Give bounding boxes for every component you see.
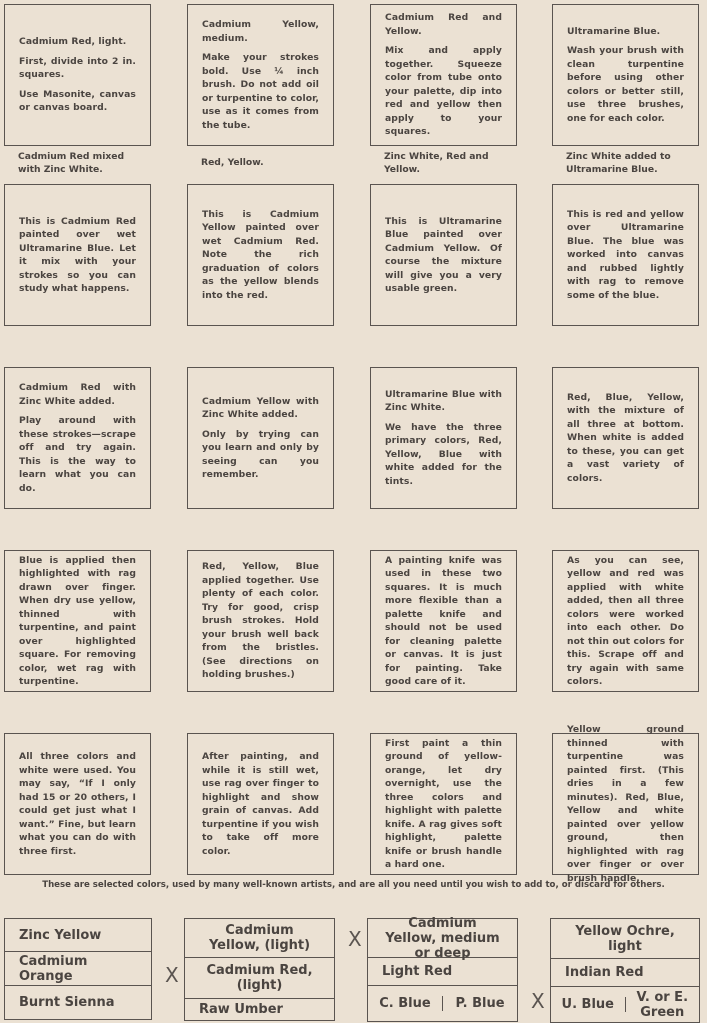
box-paragraph: This is Cadmium Red painted over wet Ult… (19, 215, 136, 296)
palette-color: Burnt Sienna (5, 986, 151, 1019)
box-paragraph: Mix and apply together. Squeeze color fr… (385, 44, 502, 139)
palette-color: Cadmium Yellow, medium or deep (368, 919, 517, 958)
instruction-box: Cadmium Red, light.First, divide into 2 … (4, 4, 151, 146)
box-paragraph: We have the three primary colors, Red, Y… (385, 421, 502, 489)
instruction-box: This is Ultramarine Blue painted over Ca… (370, 184, 517, 326)
instruction-box: Yellow ground thinned with turpentine wa… (552, 733, 699, 875)
palette-color: C. Blue (368, 996, 443, 1011)
instruction-box: This is red and yellow over Ultramarine … (552, 184, 699, 326)
palette-color: U. Blue (551, 997, 626, 1012)
instruction-text: Cadmium Yellow with Zinc White added.Onl… (202, 395, 319, 482)
instruction-box: Cadmium Red with Zinc White added.Play a… (4, 367, 151, 509)
instruction-text: First paint a thin ground of yellow-oran… (385, 737, 502, 872)
box-paragraph: First, divide into 2 in. squares. (19, 55, 136, 82)
instruction-text: This is red and yellow over Ultramarine … (567, 208, 684, 303)
instruction-box: Cadmium Yellow with Zinc White added.Onl… (187, 367, 334, 509)
instruction-box: After painting, and while it is still we… (187, 733, 334, 875)
instruction-box: Red, Blue, Yellow, with the mixture of a… (552, 367, 699, 509)
box-paragraph: After painting, and while it is still we… (202, 750, 319, 858)
box-paragraph: As you can see, yellow and red was appli… (567, 554, 684, 689)
box-paragraph: A painting knife was used in these two s… (385, 554, 502, 689)
x-mark-icon: X (165, 963, 179, 987)
box-paragraph: This is Cadmium Yellow painted over wet … (202, 208, 319, 303)
palette-split-row: C. BlueP. Blue (368, 986, 517, 1021)
palette-color: Raw Umber (185, 999, 334, 1020)
box-caption: Cadmium Red mixed with Zinc White. (4, 150, 148, 176)
instruction-box: A painting knife was used in these two s… (370, 550, 517, 692)
instruction-box: Red, Yellow, Blue applied together. Use … (187, 550, 334, 692)
box-caption: Red, Yellow. (187, 156, 331, 169)
instruction-box: Cadmium Red and Yellow.Mix and apply tog… (370, 4, 517, 146)
instruction-text: Cadmium Red, light.First, divide into 2 … (19, 35, 136, 115)
instruction-box: Ultramarine Blue.Wash your brush with cl… (552, 4, 699, 146)
palette-color: Light Red (368, 958, 517, 986)
box-paragraph: Only by trying can you learn and only by… (202, 428, 319, 482)
box-paragraph: This is red and yellow over Ultramarine … (567, 208, 684, 303)
palette-color: Yellow Ochre, light (551, 919, 699, 959)
box-caption: Zinc White added to Ultramarine Blue. (552, 150, 696, 176)
box-heading: Ultramarine Blue. (567, 25, 684, 39)
palette-table: Cadmium Yellow, medium or deepLight RedC… (367, 918, 518, 1022)
instruction-text: This is Ultramarine Blue painted over Ca… (385, 215, 502, 296)
instruction-box: This is Cadmium Yellow painted over wet … (187, 184, 334, 326)
instruction-box: Blue is applied then highlighted with ra… (4, 550, 151, 692)
instruction-text: A painting knife was used in these two s… (385, 554, 502, 689)
palette-color: Indian Red (551, 959, 699, 987)
box-heading: Cadmium Yellow with Zinc White added. (202, 395, 319, 422)
box-heading: Cadmium Yellow, medium. (202, 18, 319, 45)
box-caption: Zinc White, Red and Yellow. (370, 150, 514, 176)
palette-table: Zinc YellowCadmium OrangeBurnt Sienna (4, 918, 152, 1020)
instruction-text: After painting, and while it is still we… (202, 750, 319, 858)
instruction-text: This is Cadmium Yellow painted over wet … (202, 208, 319, 303)
palette-color: Zinc Yellow (5, 919, 151, 952)
box-paragraph: This is Ultramarine Blue painted over Ca… (385, 215, 502, 296)
instruction-text: Red, Blue, Yellow, with the mixture of a… (567, 391, 684, 486)
box-paragraph: Play around with these strokes—scrape of… (19, 414, 136, 495)
box-paragraph: Wash your brush with clean turpentine be… (567, 44, 684, 125)
instruction-box: All three colors and white were used. Yo… (4, 733, 151, 875)
instruction-text: All three colors and white were used. Yo… (19, 750, 136, 858)
box-heading: Cadmium Red, light. (19, 35, 136, 49)
box-paragraph: Blue is applied then highlighted with ra… (19, 554, 136, 689)
x-mark-icon: X (531, 989, 545, 1013)
palette-color: Cadmium Orange (5, 952, 151, 986)
palette-table: Yellow Ochre, lightIndian RedU. BlueV. o… (550, 918, 700, 1023)
palette-split-row: U. BlueV. or E. Green (551, 987, 699, 1022)
instruction-text: Red, Yellow, Blue applied together. Use … (202, 560, 319, 682)
footnote: These are selected colors, used by many … (0, 880, 707, 890)
instruction-box: This is Cadmium Red painted over wet Ult… (4, 184, 151, 326)
instruction-text: Cadmium Red with Zinc White added.Play a… (19, 381, 136, 495)
box-paragraph: All three colors and white were used. Yo… (19, 750, 136, 858)
instruction-text: Ultramarine Blue with Zinc White.We have… (385, 388, 502, 489)
box-heading: Ultramarine Blue with Zinc White. (385, 388, 502, 415)
palette-color: P. Blue (443, 996, 517, 1011)
instruction-box: Ultramarine Blue with Zinc White.We have… (370, 367, 517, 509)
instruction-text: Yellow ground thinned with turpentine wa… (567, 723, 684, 885)
box-paragraph: Make your strokes bold. Use ¼ inch brush… (202, 51, 319, 132)
instruction-text: Cadmium Red and Yellow.Mix and apply tog… (385, 11, 502, 139)
instruction-box: As you can see, yellow and red was appli… (552, 550, 699, 692)
box-paragraph: Red, Blue, Yellow, with the mixture of a… (567, 391, 684, 486)
palette-color: Cadmium Red, (light) (185, 958, 334, 999)
instruction-box: Cadmium Yellow, medium.Make your strokes… (187, 4, 334, 146)
box-heading: Cadmium Red with Zinc White added. (19, 381, 136, 408)
instruction-text: Ultramarine Blue.Wash your brush with cl… (567, 25, 684, 126)
palette-color: V. or E. Green (626, 990, 700, 1020)
instruction-text: As you can see, yellow and red was appli… (567, 554, 684, 689)
instruction-text: This is Cadmium Red painted over wet Ult… (19, 215, 136, 296)
instruction-text: Cadmium Yellow, medium.Make your strokes… (202, 18, 319, 132)
box-paragraph: Yellow ground thinned with turpentine wa… (567, 723, 684, 885)
box-paragraph: First paint a thin ground of yellow-oran… (385, 737, 502, 872)
palette-table: Cadmium Yellow, (light)Cadmium Red, (lig… (184, 918, 335, 1021)
box-heading: Cadmium Red and Yellow. (385, 11, 502, 38)
palette-color: Cadmium Yellow, (light) (185, 919, 334, 958)
instruction-box: First paint a thin ground of yellow-oran… (370, 733, 517, 875)
instruction-text: Blue is applied then highlighted with ra… (19, 554, 136, 689)
x-mark-icon: X (348, 927, 362, 951)
box-paragraph: Red, Yellow, Blue applied together. Use … (202, 560, 319, 682)
box-paragraph: Use Masonite, canvas or canvas board. (19, 88, 136, 115)
